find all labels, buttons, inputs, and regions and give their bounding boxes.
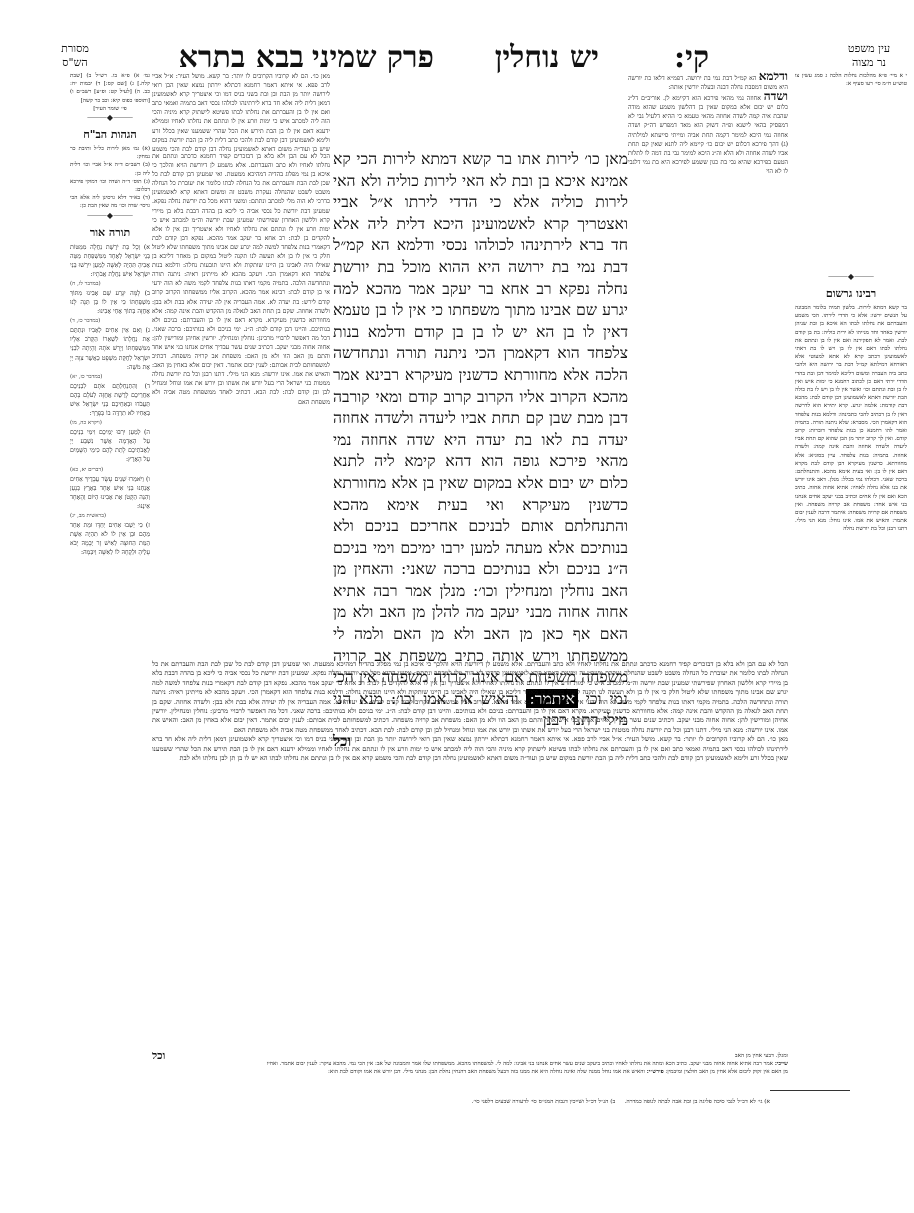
rashbam-bottom-section: הכל לא עם הבן ולא בלא בן דבזכרים קפיד רח… — [152, 660, 788, 1050]
left-margin: גמ׳ א) פ״א בו. רש״ל ב) [שבת קלה.] ג) [שם… — [70, 72, 150, 1072]
gemara-segment: הקרוב אליו הקרוב קרוב קודם ומאי קורבה דב… — [333, 387, 628, 514]
hagahot-item: (ד) בא״ד דלא גרסינן ליה אלא הכי גרסי׳ שד… — [70, 194, 150, 210]
ornament-divider: ⸻◆⸻ — [795, 272, 907, 282]
masoret-hashas-text: גמ׳ א) פ״א בו. רש״ל ב) [שבת קלה.] ג) [שם… — [70, 72, 150, 105]
gemara-segment: מאן — [600, 149, 628, 168]
torah-or-verse: ד) וְהִתְנַחַלְתֶּם אֹתָם לִבְנֵיכֶם אַח… — [70, 382, 150, 428]
verse-citation: (במדבר כז, יא) — [70, 372, 150, 382]
masoret-label-line1: מסורת — [40, 42, 110, 56]
bottom-line-3-label: פירש״י: — [647, 1069, 664, 1075]
rashbam-bottom-text: הכל לא עם הבן ולא בלא בן דבזכרים קפיד רח… — [152, 660, 788, 735]
ornament-divider: ⸻◆⸻ — [70, 211, 150, 221]
torah-or-verse: ב) לָמָּה יִגָּרַע שֵׁם אָבִינוּ מִתּוֹך… — [70, 289, 150, 326]
verse-text: ג) וְאִם אֵין אַחִים לְאָבִיו וּנְתַתֶּם… — [70, 326, 150, 371]
verse-text: ב) לָמָּה יִגָּרַע שֵׁם אָבִינוּ מִתּוֹך… — [70, 289, 150, 316]
verse-citation: (במדבר כז, ד) — [70, 316, 150, 326]
ner-mitzvah-label-line2: נר מצוה — [834, 56, 904, 70]
tosafot-dibbur-hamatchil-1: ודלמא — [759, 72, 788, 83]
chapter-name: יש נוחלין — [495, 38, 599, 78]
bottom-lines: ומגלן. דבעי אחין מן האב וכל שייכי: אמר ר… — [152, 1052, 788, 1092]
ein-mishpat-label: עין משפט נר מצוה — [834, 42, 904, 70]
verse-citation: (ויקרא כה, מו) — [70, 418, 150, 428]
hagahot-habach-title: הגהות הב"ח — [70, 127, 150, 143]
bottom-line-1-text: ומגלן. דבעי אחין מן האב — [735, 1053, 788, 1059]
masoret-note: פי׳ שומר העיר] — [70, 105, 150, 113]
hagahot-item: (א) גמ׳ מאן לירות כל״ל ותיבת כר נמחק: — [70, 145, 150, 161]
verse-text: ד) וְהִתְנַחַלְתֶּם אֹתָם לִבְנֵיכֶם אַח… — [70, 382, 150, 418]
torah-or-verse: ה) לְמַעַן יִרְבּוּ יְמֵיכֶם וִימֵי בְנֵ… — [70, 428, 150, 474]
tosafot-dibbur-hamatchil-2: ושדה — [764, 89, 788, 103]
perek-number: פרק שמיני — [312, 38, 434, 78]
rashbam-text: מאן כו׳. הם לא קרוביו הקרובים לו יותר: ב… — [152, 72, 330, 154]
rashbam-bottom-text-cont: מאן כו׳. הם לא קרוביו הקרובים לו יותר: ב… — [152, 735, 788, 763]
verse-citation: (במדבר לו, ח) — [70, 279, 150, 289]
ein-mishpat-text: י א מיי׳ פ״א מהלכות נחלות הלכה ג סמג עשי… — [795, 72, 907, 88]
rashbam-top-section: מאן כו׳. הם לא קרוביו הקרובים לו יותר: ב… — [152, 72, 330, 154]
verse-citation: (דברים יא, כא) — [70, 465, 150, 475]
ein-mishpat-section: י א מיי׳ פ״א מהלכות נחלות הלכה ג סמג עשי… — [795, 72, 907, 132]
masoret-label: מסורת הש"ס — [40, 42, 110, 70]
rashbam-side-section: הכל לא עם הבן ולא בלא בן דבזכרים קפיד רח… — [152, 152, 330, 652]
tosafot-section: ודלמא הא קמ״ל דבת נמי בת ירושה. דפמ״א דל… — [628, 72, 788, 672]
rashbam-side-text: הכל לא עם הבן ולא בלא בן דבזכרים קפיד רח… — [152, 152, 330, 407]
verse-text: ו) וַיֹּאמְרוּ שְׁנֵים עָשָׂר עֲבָדֶיךָ … — [70, 475, 150, 511]
verse-text: א) וְכָל בַּת יֹרֶשֶׁת נַחֲלָה מִמַּטּוֹ… — [70, 243, 150, 279]
footnote-a: א) גי׳ לא דכ״ל לגבי סיכה פליגה בן ובת אב… — [625, 1099, 770, 1105]
footnote-divider — [770, 1090, 850, 1091]
hashas-label-line2: הש"ס — [40, 56, 110, 70]
torah-or-verse: ו) וַיֹּאמְרוּ שְׁנֵים עָשָׂר עֲבָדֶיךָ … — [70, 475, 150, 521]
verse-text: ז) כִּי יֵשְׁבוּ אַחִים יַחְדָּו וּמֵת א… — [70, 521, 150, 557]
bottom-line-3: מן האם אין זקוק ליבום אלא אחין מן האב חו… — [152, 1068, 788, 1076]
ein-mishpat-label-line1: עין משפט — [834, 42, 904, 56]
verse-text: ה) לְמַעַן יִרְבּוּ יְמֵיכֶם וִימֵי בְנֵ… — [70, 428, 150, 464]
hagahot-item: (ג) תוס׳ ד״ה ושדה וכו׳ דמוקי פירכא דכלום… — [70, 178, 150, 194]
catchword-bottom: וכל — [152, 1052, 165, 1060]
rabbeinu-gershom-text: בר קשא דמתא לירות. בלשון תמיה בלומר המבו… — [795, 304, 907, 534]
bottom-line-3b-text: והאיש את אמו נוחל ממנה שלה ואינה נוחלה ה… — [328, 1069, 645, 1075]
footnote-b: ב) הג״ל דכ״ל ושייכין דגבות המגי׳ס סי׳ לד… — [472, 1099, 616, 1105]
torah-or-verse: ז) כִּי יֵשְׁבוּ אַחִים יַחְדָּו וּמֵת א… — [70, 521, 150, 557]
gemara-segment: ברכה שאני: — [394, 559, 476, 578]
tosafot-para-2: ושדה אחוזה נמי מהאי פירכא הוא דקיימא לן.… — [628, 92, 788, 176]
rabbeinu-gershom-title: רבינו גרשום — [795, 286, 907, 302]
bottom-line-2-label: שייכי: — [775, 1061, 788, 1067]
torah-or-verse: א) וְכָל בַּת יֹרֶשֶׁת נַחֲלָה מִמַּטּוֹ… — [70, 243, 150, 289]
bottom-line-1: ומגלן. דבעי אחין מן האב וכל — [152, 1052, 788, 1060]
footnotes: א) גי׳ לא דכ״ל לגבי סיכה פליגה בן ובת אב… — [150, 1098, 770, 1107]
bottom-line-2-text: אמר רבה אתיא אחוה אחוה מבני יעקב. כתיב ה… — [267, 1061, 773, 1067]
torah-or-verse: ג) וְאִם אֵין אַחִים לְאָבִיו וּנְתַתֶּם… — [70, 326, 150, 381]
hagahot-item: (ב) רשב״ם ד״ה א״ל אביי וכו׳ דלית ליה כן: — [70, 161, 150, 177]
ornament-divider: ⸻◆⸻ — [70, 113, 150, 123]
verse-citation: (בראשית מב, יג) — [70, 511, 150, 521]
torah-or-title: תורה אור — [70, 225, 150, 241]
bottom-line-2: שייכי: אמר רבה אתיא אחוה אחוה מבני יעקב.… — [152, 1060, 788, 1068]
rabbeinu-gershom-section: ⸻◆⸻ רבינו גרשום בר קשא דמתא לירות. בלשון… — [795, 272, 907, 1082]
tosafot-text-2: אחוזה נמי מהאי פירכא הוא דקיימא לן. אורי… — [628, 95, 788, 175]
bottom-line-3-text: מן האם אין זקוק ליבום אלא אחין מן האב חו… — [665, 1069, 788, 1075]
